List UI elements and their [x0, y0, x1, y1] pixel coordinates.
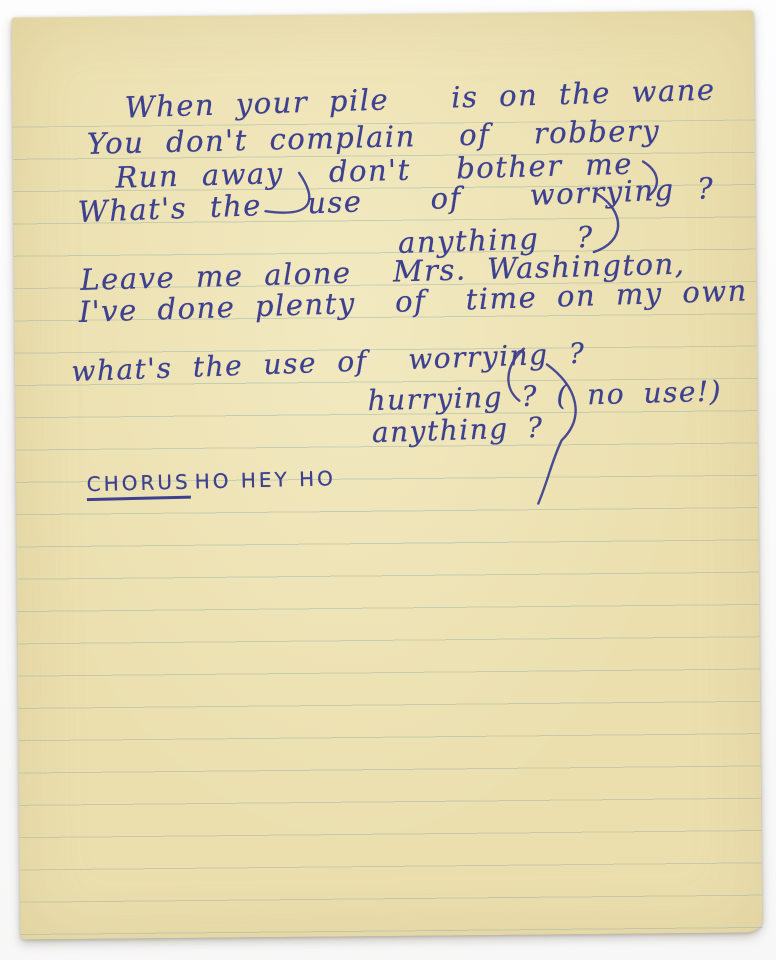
lyric-line-9: hurrying ? ( no use!) — [367, 375, 722, 418]
chorus-text: HO HEY HO — [194, 466, 336, 493]
chorus-label-underlined: CHORUS — [86, 470, 191, 501]
lyric-line-10: anything ? — [371, 411, 544, 449]
ruled-lines — [13, 119, 763, 936]
chorus-line: CHORUSHO HEY HO — [30, 442, 337, 521]
scan-background: When your pile is on the wane You don't … — [0, 0, 776, 960]
paper-sheet: When your pile is on the wane You don't … — [12, 10, 763, 939]
